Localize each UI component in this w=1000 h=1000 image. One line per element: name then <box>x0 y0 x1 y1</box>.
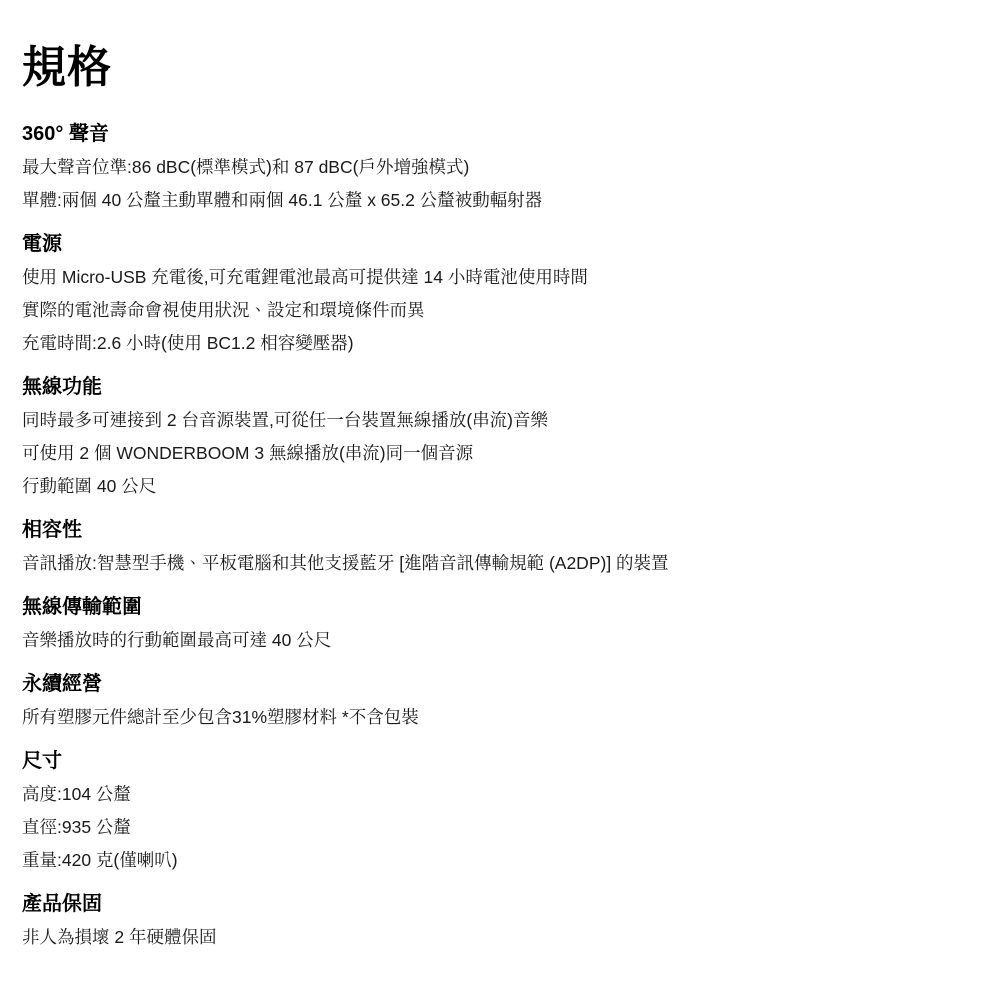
spec-page: { "page": { "title": "規格" }, "sections":… <box>0 0 1000 1000</box>
section-heading: 電源 <box>22 231 976 257</box>
section-heading: 尺寸 <box>22 748 976 774</box>
section-heading: 無線功能 <box>22 374 976 400</box>
section-heading: 相容性 <box>22 517 976 543</box>
spec-line: 所有塑膠元件總計至少包含31%塑膠材料 *不含包裝 <box>22 701 976 734</box>
section-heading: 無線傳輸範圍 <box>22 594 976 620</box>
spec-line: 單體:兩個 40 公釐主動單體和兩個 46.1 公釐 x 65.2 公釐被動輻射… <box>22 184 976 217</box>
spec-line: 行動範圍 40 公尺 <box>22 470 976 503</box>
spec-line: 音訊播放:智慧型手機、平板電腦和其他支援藍牙 [進階音訊傳輸規範 (A2DP)]… <box>22 547 976 580</box>
spec-line: 非人為損壞 2 年硬體保固 <box>22 921 976 954</box>
section-power: 電源 使用 Micro-USB 充電後,可充電鋰電池最高可提供達 14 小時電池… <box>22 231 976 360</box>
spec-line: 同時最多可連接到 2 台音源裝置,可從任一台裝置無線播放(串流)音樂 <box>22 404 976 437</box>
spec-line: 實際的電池壽命會視使用狀況、設定和環境條件而異 <box>22 294 976 327</box>
spec-line: 音樂播放時的行動範圍最高可達 40 公尺 <box>22 624 976 657</box>
section-360-sound: 360° 聲音 最大聲音位準:86 dBC(標準模式)和 87 dBC(戶外增強… <box>22 121 976 217</box>
section-dimensions: 尺寸 高度:104 公釐 直徑:935 公釐 重量:420 克(僅喇叭) <box>22 748 976 877</box>
section-warranty: 產品保固 非人為損壞 2 年硬體保固 <box>22 891 976 954</box>
spec-line: 充電時間:2.6 小時(使用 BC1.2 相容變壓器) <box>22 327 976 360</box>
section-wireless-range: 無線傳輸範圍 音樂播放時的行動範圍最高可達 40 公尺 <box>22 594 976 657</box>
section-compatibility: 相容性 音訊播放:智慧型手機、平板電腦和其他支援藍牙 [進階音訊傳輸規範 (A2… <box>22 517 976 580</box>
page-title: 規格 <box>22 42 976 95</box>
spec-line: 高度:104 公釐 <box>22 778 976 811</box>
spec-line: 直徑:935 公釐 <box>22 811 976 844</box>
section-heading: 產品保固 <box>22 891 976 917</box>
spec-line: 使用 Micro-USB 充電後,可充電鋰電池最高可提供達 14 小時電池使用時… <box>22 261 976 294</box>
section-sustainability: 永續經營 所有塑膠元件總計至少包含31%塑膠材料 *不含包裝 <box>22 671 976 734</box>
section-heading: 永續經營 <box>22 671 976 697</box>
spec-line: 重量:420 克(僅喇叭) <box>22 844 976 877</box>
spec-line: 可使用 2 個 WONDERBOOM 3 無線播放(串流)同一個音源 <box>22 437 976 470</box>
section-wireless-features: 無線功能 同時最多可連接到 2 台音源裝置,可從任一台裝置無線播放(串流)音樂 … <box>22 374 976 503</box>
section-heading: 360° 聲音 <box>22 121 976 147</box>
spec-line: 最大聲音位準:86 dBC(標準模式)和 87 dBC(戶外增強模式) <box>22 151 976 184</box>
